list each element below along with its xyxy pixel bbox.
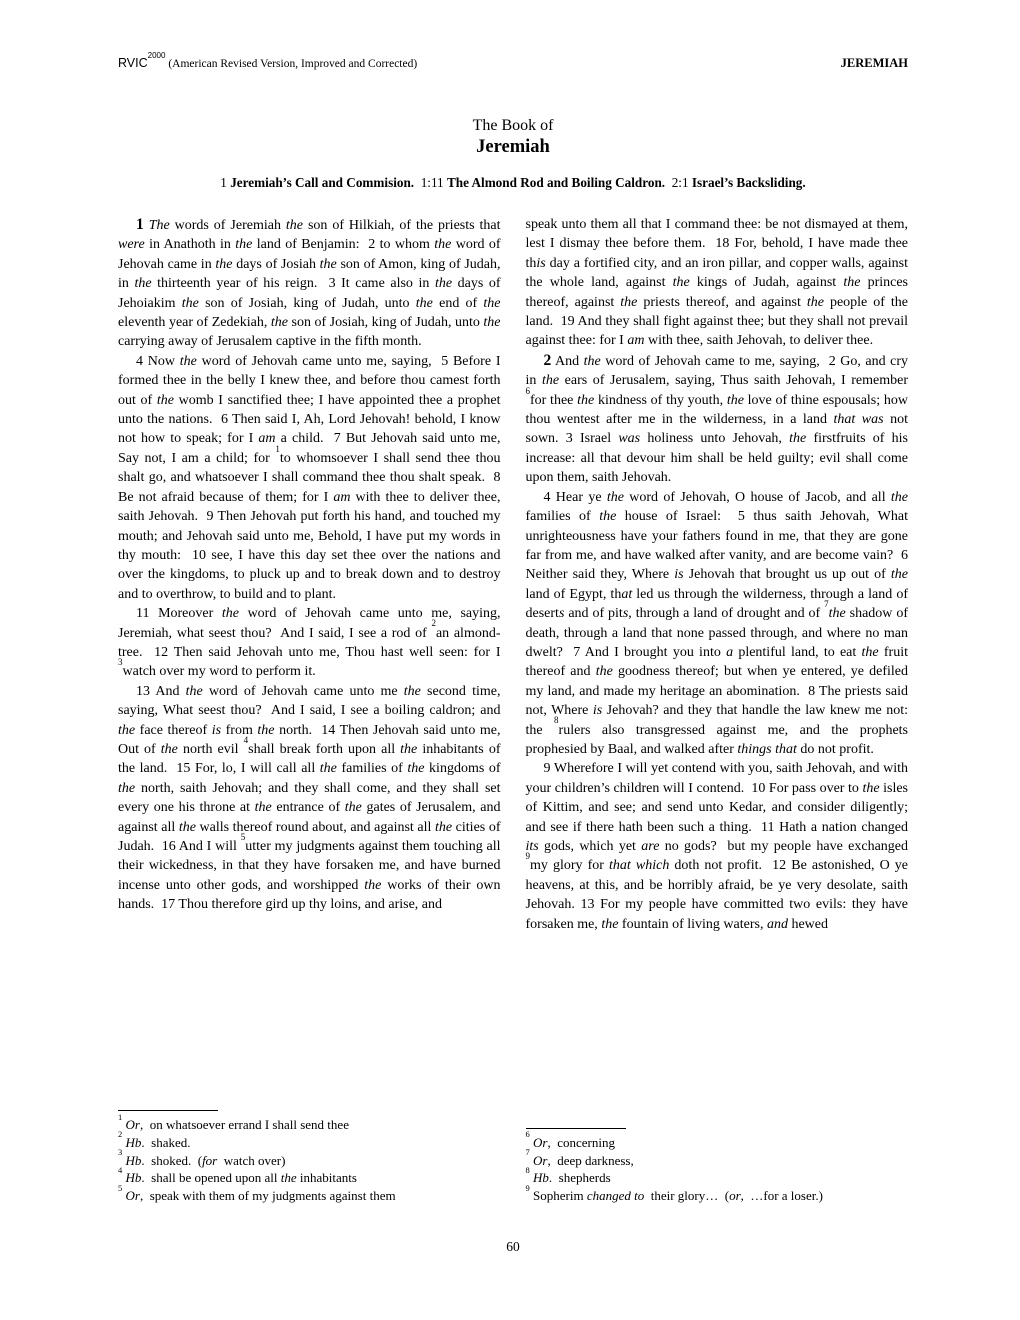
text-run: the (215, 257, 232, 272)
text-run: the (416, 296, 433, 311)
footnote-ref-sup: 1 (275, 444, 280, 454)
footnote-ref-sup: 3 (118, 1147, 122, 1157)
footnotes-block: 1 Or, on whatsoever errand I shall send … (118, 1110, 501, 1205)
text-run: the (577, 393, 594, 408)
text-run: am (333, 490, 350, 505)
text-run: the (829, 606, 846, 621)
text-run: the (807, 295, 824, 310)
text-run: the (180, 354, 197, 369)
text-run: the (118, 781, 135, 796)
footnote-ref-sup: 7 (824, 599, 829, 609)
paragraph: 11 Moreover the word of Jehovah came unt… (118, 604, 501, 682)
text-run: is (674, 567, 683, 582)
text-run: are (641, 839, 659, 854)
text-run: the (891, 490, 908, 505)
footnotes-block: 6 Or, concerning7 Or, deep darkness,8 Hb… (526, 1128, 909, 1205)
paragraph: 2 And the word of Jehovah came to me, sa… (526, 351, 909, 488)
text-run: the (235, 237, 252, 252)
text-run: the (222, 606, 239, 621)
text-run: the (320, 761, 337, 776)
footnote-list: 6 Or, concerning7 Or, deep darkness,8 Hb… (526, 1134, 909, 1205)
text-run: is (212, 723, 221, 738)
text-run: the (727, 393, 744, 408)
text-run: the (596, 664, 613, 679)
footnote-separator (526, 1128, 626, 1129)
text-run: Hb (126, 1135, 142, 1150)
text-run: the (400, 742, 417, 757)
running-header-left: RVIC2000 (American Revised Version, Impr… (118, 56, 417, 70)
footnote-ref-sup: 9 (526, 1183, 530, 1193)
footnote: 9 Sopherim changed to their glory… (or, … (526, 1187, 909, 1205)
text-run: the (161, 742, 178, 757)
text-run: or (729, 1188, 741, 1203)
text-run: at (621, 587, 632, 602)
text-run: the (542, 373, 559, 388)
column-body: speak unto them all that I command thee:… (526, 215, 909, 934)
text-run: the (862, 645, 879, 660)
text-run: that which (609, 858, 669, 873)
text-run: Hb (126, 1153, 142, 1168)
text-run: the (364, 878, 381, 893)
footnote-ref-sup: 5 (241, 832, 246, 842)
chapter-number: 1 (136, 216, 144, 233)
footnote-ref-sup: 2 (431, 618, 436, 628)
paragraph: 1 The words of Jeremiah the son of Hilki… (118, 215, 501, 352)
book-title-block: The Book of Jeremiah (118, 117, 908, 158)
text-run: and (767, 917, 788, 932)
text-run: the (286, 218, 303, 233)
text-run: the (179, 820, 196, 835)
text-run: Hb (533, 1170, 549, 1185)
text-run: the (584, 354, 601, 369)
text-run: the (483, 315, 500, 330)
text-run: Or (533, 1135, 547, 1150)
text-run: the (345, 800, 362, 815)
footnote-list: 1 Or, on whatsoever errand I shall send … (118, 1116, 501, 1205)
footnote-ref-sup: 6 (526, 1129, 530, 1139)
page-number: 60 (118, 1239, 908, 1255)
text-run: is (593, 703, 602, 718)
edition-brand-superscript: 2000 (148, 51, 166, 60)
text-run: Or (126, 1188, 140, 1203)
book-title-line2: Jeremiah (118, 137, 908, 158)
paragraph: speak unto them all that I command thee:… (526, 215, 909, 351)
edition-brand-text: RVIC (118, 56, 148, 70)
column-body: 1 The words of Jeremiah the son of Hilki… (118, 215, 501, 915)
footnote: 4 Hb. shall be opened upon all the inhab… (118, 1169, 501, 1187)
footnote: 2 Hb. shaked. (118, 1134, 501, 1152)
text-run: the (435, 820, 452, 835)
text-run: the (182, 296, 199, 311)
paragraph: 9 Wherefore I will yet contend with you,… (526, 759, 909, 934)
text-run: the (118, 723, 135, 738)
text-run: that was (834, 412, 884, 427)
text-run: The Almond Rod and Boiling Caldron. (447, 175, 665, 190)
text-run: the (434, 237, 451, 252)
text-run: a (726, 645, 733, 660)
book-title-line1: The Book of (118, 117, 908, 135)
footnote-ref-sup: 6 (526, 386, 531, 396)
footnote-ref-sup: 8 (554, 715, 559, 725)
footnote-ref-sup: 4 (118, 1165, 122, 1175)
text-run: the (435, 276, 452, 291)
text-run: the (134, 276, 151, 291)
text-run: Or (533, 1153, 547, 1168)
text-run: Hb (126, 1170, 142, 1185)
footnote: 6 Or, concerning (526, 1134, 909, 1152)
text-run: Israel’s Backsliding. (692, 175, 806, 190)
footnote-ref-sup: 5 (118, 1183, 122, 1193)
text-run: the (789, 431, 806, 446)
text-run: am (258, 431, 275, 446)
text-run: the (255, 800, 272, 815)
footnote-ref-sup: 3 (118, 657, 123, 667)
text-run: Jeremiah’s Call and Commision. (230, 175, 414, 190)
text-run: The (149, 218, 170, 233)
left-column: 1 The words of Jeremiah the son of Hilki… (118, 215, 501, 1205)
text-run: the (186, 684, 203, 699)
footnote-ref-sup: 1 (118, 1112, 122, 1122)
text-run: the (271, 315, 288, 330)
text-run: Or (126, 1117, 140, 1132)
running-header-book-name: JEREMIAH (841, 56, 908, 71)
footnote-separator (118, 1110, 218, 1111)
text-run: the (843, 275, 860, 290)
text-run: the (483, 296, 500, 311)
edition-description: (American Revised Version, Improved and … (165, 58, 417, 70)
text-run: is (536, 256, 545, 271)
footnote-ref-sup: 2 (118, 1129, 122, 1139)
text-run: for (202, 1153, 217, 1168)
right-column: speak unto them all that I command thee:… (526, 215, 909, 1205)
footnote: 1 Or, on whatsoever errand I shall send … (118, 1116, 501, 1134)
text-run: things that (737, 742, 797, 757)
text-run: the (257, 723, 274, 738)
chapter-number: 2 (544, 352, 552, 369)
footnote: 8 Hb. shepherds (526, 1169, 909, 1187)
text-run: the (599, 509, 616, 524)
text-run: s (623, 606, 628, 621)
paragraph: 4 Hear ye the word of Jehovah, O house o… (526, 488, 909, 760)
text-run: the (407, 761, 424, 776)
text-run: the (601, 917, 618, 932)
text-run: was (618, 431, 640, 446)
text-run: the (157, 393, 174, 408)
text-run: the (607, 490, 624, 505)
text-run: changed to (587, 1188, 644, 1203)
text-run: the (320, 257, 337, 272)
chapter-subjects-line: 1 Jeremiah’s Call and Commision. 1:11 Th… (118, 175, 908, 191)
text-run: the (281, 1170, 297, 1185)
footnote: 5 Or, speak with them of my judgments ag… (118, 1187, 501, 1205)
paragraph: 4 Now the word of Jehovah came unto me, … (118, 352, 501, 604)
document-page: RVIC2000 (American Revised Version, Impr… (0, 0, 1020, 1320)
footnote-ref-sup: 9 (526, 851, 531, 861)
running-header: RVIC2000 (American Revised Version, Impr… (118, 56, 908, 71)
text-run: s (559, 606, 564, 621)
text-run: the (673, 275, 690, 290)
edition-brand: RVIC2000 (118, 56, 165, 70)
footnote: 3 Hb. shoked. (for watch over) (118, 1152, 501, 1170)
text-run: the (620, 295, 637, 310)
text-run: the (891, 567, 908, 582)
paragraph: 13 And the word of Jehovah came unto me … (118, 682, 501, 915)
text-run: were (118, 237, 145, 252)
text-columns: 1 The words of Jeremiah the son of Hilki… (118, 215, 908, 1205)
footnote: 7 Or, deep darkness, (526, 1152, 909, 1170)
text-run: the (404, 684, 421, 699)
footnote-ref-sup: 4 (244, 735, 249, 745)
text-run: the (862, 781, 879, 796)
text-run: am (627, 333, 644, 348)
footnote-ref-sup: 8 (526, 1165, 530, 1175)
footnote-ref-sup: 7 (526, 1147, 530, 1157)
